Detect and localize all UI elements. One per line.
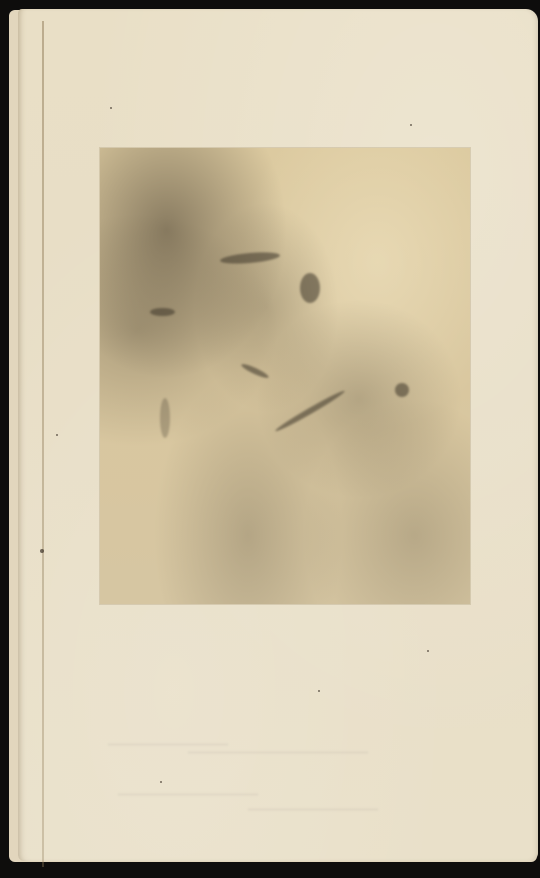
ink-bleed-through: [108, 744, 228, 745]
plate-detail: [395, 383, 409, 397]
paper-speck: [410, 124, 412, 126]
scanned-page-view: [0, 0, 540, 878]
page-gutter: [42, 21, 44, 867]
paper-speck: [160, 781, 162, 783]
plate-detail: [240, 362, 270, 380]
photographic-plate: [100, 148, 470, 604]
paper-speck: [40, 549, 44, 553]
plate-detail: [220, 250, 281, 265]
paper-speck: [110, 107, 112, 109]
paper-speck: [318, 690, 320, 692]
plate-detail: [160, 398, 170, 438]
ink-bleed-through: [188, 752, 368, 753]
ink-bleed-through: [248, 809, 378, 810]
plate-detail: [150, 308, 175, 316]
ink-bleed-through: [118, 794, 258, 795]
plate-detail: [274, 388, 346, 433]
paper-speck: [427, 650, 429, 652]
paper-speck: [56, 434, 58, 436]
plate-detail: [300, 273, 320, 303]
